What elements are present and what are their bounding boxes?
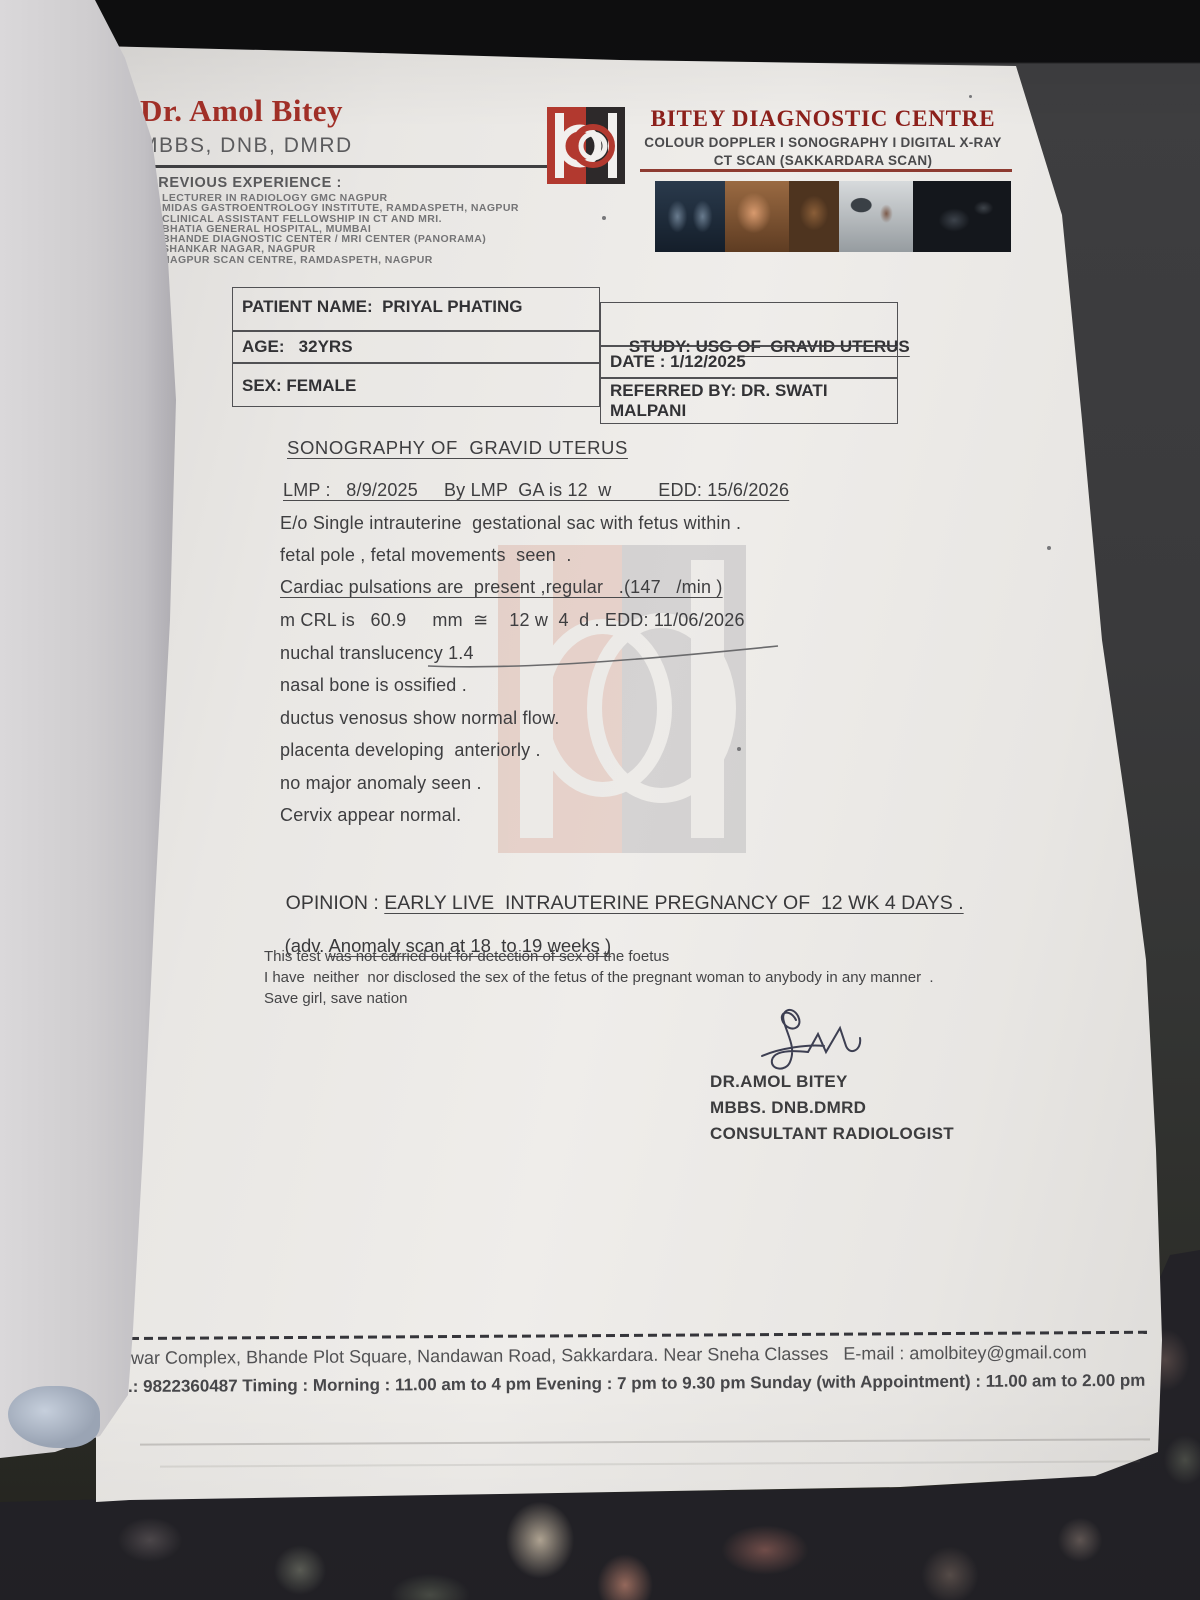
medical-image-strip — [655, 181, 1011, 252]
signatory-credentials: MBBS. DNB.DMRD — [710, 1098, 866, 1118]
chest-xray-image — [655, 181, 725, 252]
paper-speck — [737, 747, 741, 751]
opinion-text: EARLY LIVE INTRAUTERINE PREGNANCY OF 12 … — [384, 892, 963, 914]
experience-heading: PREVIOUS EXPERIENCE : — [148, 175, 342, 191]
finding-line: fetal pole , fetal movements seen . — [280, 544, 572, 566]
study-cell: STUDY: USG OF GRAVID UTERUS — [600, 302, 898, 346]
centre-header: BITEY DIAGNOSTIC CENTRE COLOUR DOPPLER I… — [628, 106, 1018, 168]
signatory-name: DR.AMOL BITEY — [710, 1072, 848, 1092]
centre-header-rule — [640, 169, 1012, 172]
header-divider — [133, 165, 553, 168]
handwritten-curve-mark — [420, 640, 790, 672]
opinion-label: OPINION : — [286, 892, 385, 914]
finding-line: Cardiac pulsations are present ,regular … — [280, 576, 723, 598]
photo-of-sonography-report: Dr. Amol Bitey MBBS, DNB, DMRD PREVIOUS … — [0, 0, 1200, 1600]
doctor-credentials: MBBS, DNB, DMRD — [140, 134, 353, 158]
date-cell: DATE : 1/12/2025 — [600, 346, 898, 378]
signatory-designation: CONSULTANT RADIOLOGIST — [710, 1124, 954, 1144]
paper-speck — [969, 95, 972, 98]
referred-by-cell: REFERRED BY: DR. SWATI MALPANI — [600, 378, 898, 424]
ct-scan-room-image — [839, 181, 913, 252]
patient-name-cell: PATIENT NAME: PRIYAL PHATING — [232, 287, 600, 331]
paper-speck — [602, 216, 606, 220]
disclaimer-line: I have neither nor disclosed the sex of … — [264, 969, 934, 986]
fetus-3d-image — [789, 181, 839, 252]
doctor-name: Dr. Amol Bitey — [140, 93, 343, 129]
experience-item: NAGPUR SCAN CENTRE, RAMDASPETH, NAGPUR — [162, 255, 519, 265]
centre-name: BITEY DIAGNOSTIC CENTRE — [628, 106, 1018, 132]
age-cell: AGE: 32YRS — [232, 331, 600, 363]
report-title: SONOGRAPHY OF GRAVID UTERUS — [287, 437, 628, 459]
centre-services-line1: COLOUR DOPPLER I SONOGRAPHY I DIGITAL X-… — [628, 135, 1018, 150]
finding-line: Cervix appear normal. — [280, 804, 461, 826]
lmp-line: LMP : 8/9/2025 By LMP GA is 12 w EDD: 15… — [283, 479, 789, 501]
disclaimer-line: This test was not carried out for detect… — [264, 948, 669, 965]
finding-line: no major anomaly seen . — [280, 772, 482, 794]
sex-cell: SEX: FEMALE — [232, 363, 600, 407]
clinic-logo-bd-icon — [546, 106, 626, 185]
fetus-3d-face-image — [725, 181, 789, 252]
finding-line: m CRL is 60.9 mm ≅ 12 w 4 d . EDD: 11/06… — [280, 609, 745, 631]
finding-line: E/o Single intrauterine gestational sac … — [280, 512, 741, 534]
finding-line: ductus venosus show normal flow. — [280, 707, 560, 729]
finding-line: nasal bone is ossified . — [280, 674, 467, 696]
doctor-signature — [750, 1004, 890, 1082]
paper-speck — [1047, 546, 1051, 550]
experience-list: LECTURER IN RADIOLOGY GMC NAGPUR MIDAS G… — [162, 193, 519, 265]
disclaimer-line: Save girl, save nation — [264, 990, 407, 1007]
finding-line: placenta developing anteriorly . — [280, 739, 541, 761]
centre-services-line2: CT SCAN (SAKKARDARA SCAN) — [628, 153, 1018, 168]
ultrasound-image — [913, 181, 1011, 252]
